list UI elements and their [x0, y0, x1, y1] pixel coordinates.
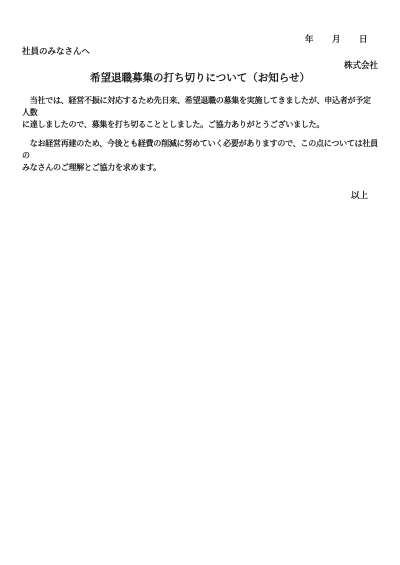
date-line: 年 月 日	[22, 34, 378, 44]
recipient-line: 社員のみなさんへ	[22, 46, 378, 56]
closing-ijou: 以上	[22, 190, 378, 200]
sender-company-line: 株式会社	[22, 60, 378, 70]
document-title: 希望退職募集の打ち切りについて（お知らせ）	[22, 71, 378, 85]
body-paragraph-1: 当社では、経営不振に対応するため先日来、希望退職の募集を実施してきましたが、申込…	[22, 95, 378, 131]
document-body: 当社では、経営不振に対応するため先日来、希望退職の募集を実施してきましたが、申込…	[22, 95, 378, 174]
body-paragraph-2: なお経営再建のため、今後とも経費の削減に努めていく必要がありますので、この点につ…	[22, 138, 378, 174]
document-page: 年 月 日 社員のみなさんへ 株式会社 希望退職募集の打ち切りについて（お知らせ…	[0, 0, 400, 565]
